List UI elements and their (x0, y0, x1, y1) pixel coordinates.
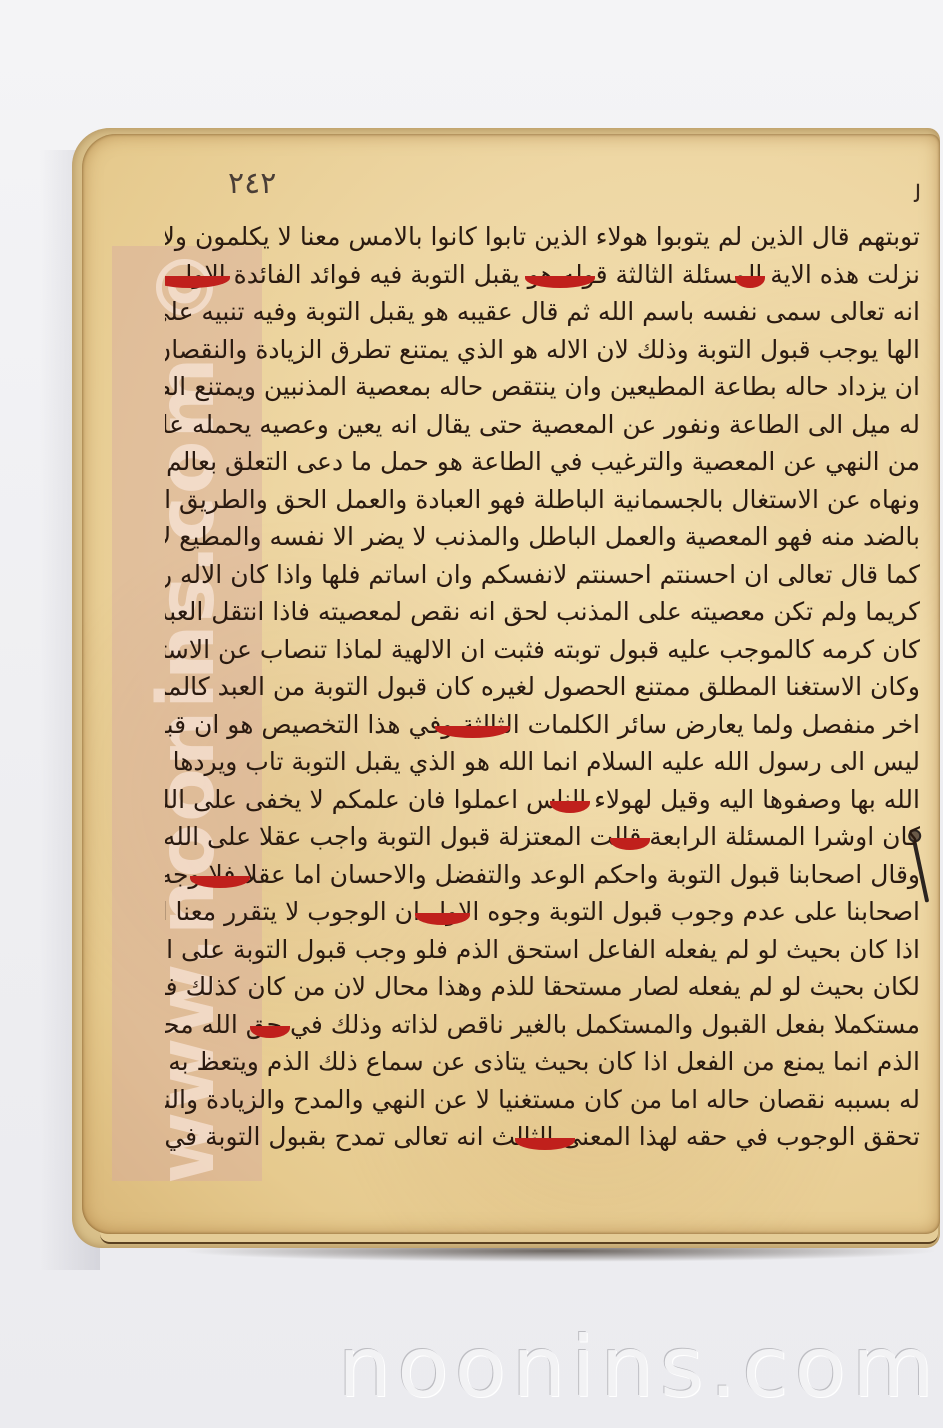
manuscript-line: نزلت هذه الاية المسئلة الثالثة قوله هو ي… (165, 256, 920, 294)
line-text: له ميل الى الطاعة ونفور عن المعصية حتى ي… (165, 410, 920, 439)
manuscript-line: اصحابنا على عدم وجوب قبول التوبة وجوه ال… (165, 893, 920, 931)
manuscript-line: وقال اصحابنا قبول التوبة واحكم الوعد وال… (165, 856, 920, 894)
manuscript-line: ونهاه عن الاستغال بالجسمانية الباطلة فهو… (165, 481, 920, 519)
folio-number: ٢٤٢ (228, 166, 276, 201)
line-text: اخر منفصل ولما يعارض سائر الكلمات الثالث… (165, 710, 920, 739)
bottom-watermark: noonins.com (338, 1322, 943, 1412)
manuscript-line: كما قال تعالى ان احسنتم احسنتم لانفسكم و… (165, 556, 920, 594)
line-text: توبتهم قال الذين لم يتوبوا هولاء الذين ت… (165, 222, 920, 251)
line-text: كريما ولم تكن معصيته على المذنب لحق انه … (165, 597, 920, 626)
manuscript-line: اذا كان بحيث لو لم يفعله الفاعل استحق ال… (165, 931, 920, 969)
manuscript-line: من النهي عن المعصية والترغيب في الطاعة ه… (165, 443, 920, 481)
line-text: بالضد منه فهو المعصية والعمل الباطل والم… (165, 522, 920, 551)
manuscript-line: الذم انما يمنع من الفعل اذا كان بحيث يتا… (165, 1043, 920, 1081)
manuscript-line: بالضد منه فهو المعصية والعمل الباطل والم… (165, 518, 920, 556)
line-text: كان كرمه كالموجب عليه قبول توبته فثبت ان… (165, 635, 920, 664)
manuscript-line: وكان الاستغنا المطلق ممتنع الحصول لغيره … (165, 668, 920, 706)
manuscript-line: كان كرمه كالموجب عليه قبول توبته فثبت ان… (165, 631, 920, 669)
manuscript-line: كان اوشرا المسئلة الرابعة قالت المعتزلة … (165, 818, 920, 856)
manuscript-line: كريما ولم تكن معصيته على المذنب لحق انه … (165, 593, 920, 631)
line-text: من النهي عن المعصية والترغيب في الطاعة ه… (165, 447, 920, 476)
manuscript-line: اخر منفصل ولما يعارض سائر الكلمات الثالث… (165, 706, 920, 744)
line-text: اذا كان بحيث لو لم يفعله الفاعل استحق ال… (165, 935, 920, 964)
line-text: ليس الى رسول الله عليه السلام انما الله … (165, 747, 920, 776)
line-text: ونهاه عن الاستغال بالجسمانية الباطلة فهو… (165, 485, 920, 514)
manuscript-line: توبتهم قال الذين لم يتوبوا هولاء الذين ت… (165, 218, 920, 256)
line-text: اصحابنا على عدم وجوب قبول التوبة وجوه ال… (165, 897, 920, 926)
line-text: له بسببه نقصان حاله اما من كان مستغنيا ل… (165, 1085, 920, 1114)
manuscript-line: تحقق الوجوب في حقه لهذا المعنى الثالث ان… (165, 1118, 920, 1156)
manuscript-line: لكان بحيث لو لم يفعله لصار مستحقا للذم و… (165, 968, 920, 1006)
manuscript-line: انه تعالى سمى نفسه باسم الله ثم قال عقيب… (165, 293, 920, 331)
manuscript-line: له بسببه نقصان حاله اما من كان مستغنيا ل… (165, 1081, 920, 1119)
line-text: وقال اصحابنا قبول التوبة واحكم الوعد وال… (165, 860, 920, 889)
manuscript-line: ليس الى رسول الله عليه السلام انما الله … (165, 743, 920, 781)
line-text: كما قال تعالى ان احسنتم احسنتم لانفسكم و… (165, 560, 920, 589)
line-text: ان يزداد حاله بطاعة المطيعين وان ينتقص ح… (165, 372, 920, 401)
line-text: الها يوجب قبول التوبة وذلك لان الاله هو … (165, 335, 920, 364)
manuscript-text: توبتهم قال الذين لم يتوبوا هولاء الذين ت… (165, 218, 920, 1156)
line-text: كان اوشرا المسئلة الرابعة قالت المعتزلة … (165, 822, 920, 851)
manuscript-line: مستكملا بفعل القبول والمستكمل بالغير ناق… (165, 1006, 920, 1044)
manuscript-line: ان يزداد حاله بطاعة المطيعين وان ينتقص ح… (165, 368, 920, 406)
line-text: انه تعالى سمى نفسه باسم الله ثم قال عقيب… (165, 297, 920, 326)
line-text: لكان بحيث لو لم يفعله لصار مستحقا للذم و… (165, 972, 920, 1001)
line-text: الله بها وصفوها اليه وقيل لهولاء الناس ا… (165, 785, 920, 814)
manuscript-line: له ميل الى الطاعة ونفور عن المعصية حتى ي… (165, 406, 920, 444)
manuscript-line: الله بها وصفوها اليه وقيل لهولاء الناس ا… (165, 781, 920, 819)
margin-note: ﻟ (914, 180, 921, 208)
line-text: الذم انما يمنع من الفعل اذا كان بحيث يتا… (165, 1047, 920, 1076)
manuscript-line: الها يوجب قبول التوبة وذلك لان الاله هو … (165, 331, 920, 369)
line-text: وكان الاستغنا المطلق ممتنع الحصول لغيره … (165, 672, 920, 701)
